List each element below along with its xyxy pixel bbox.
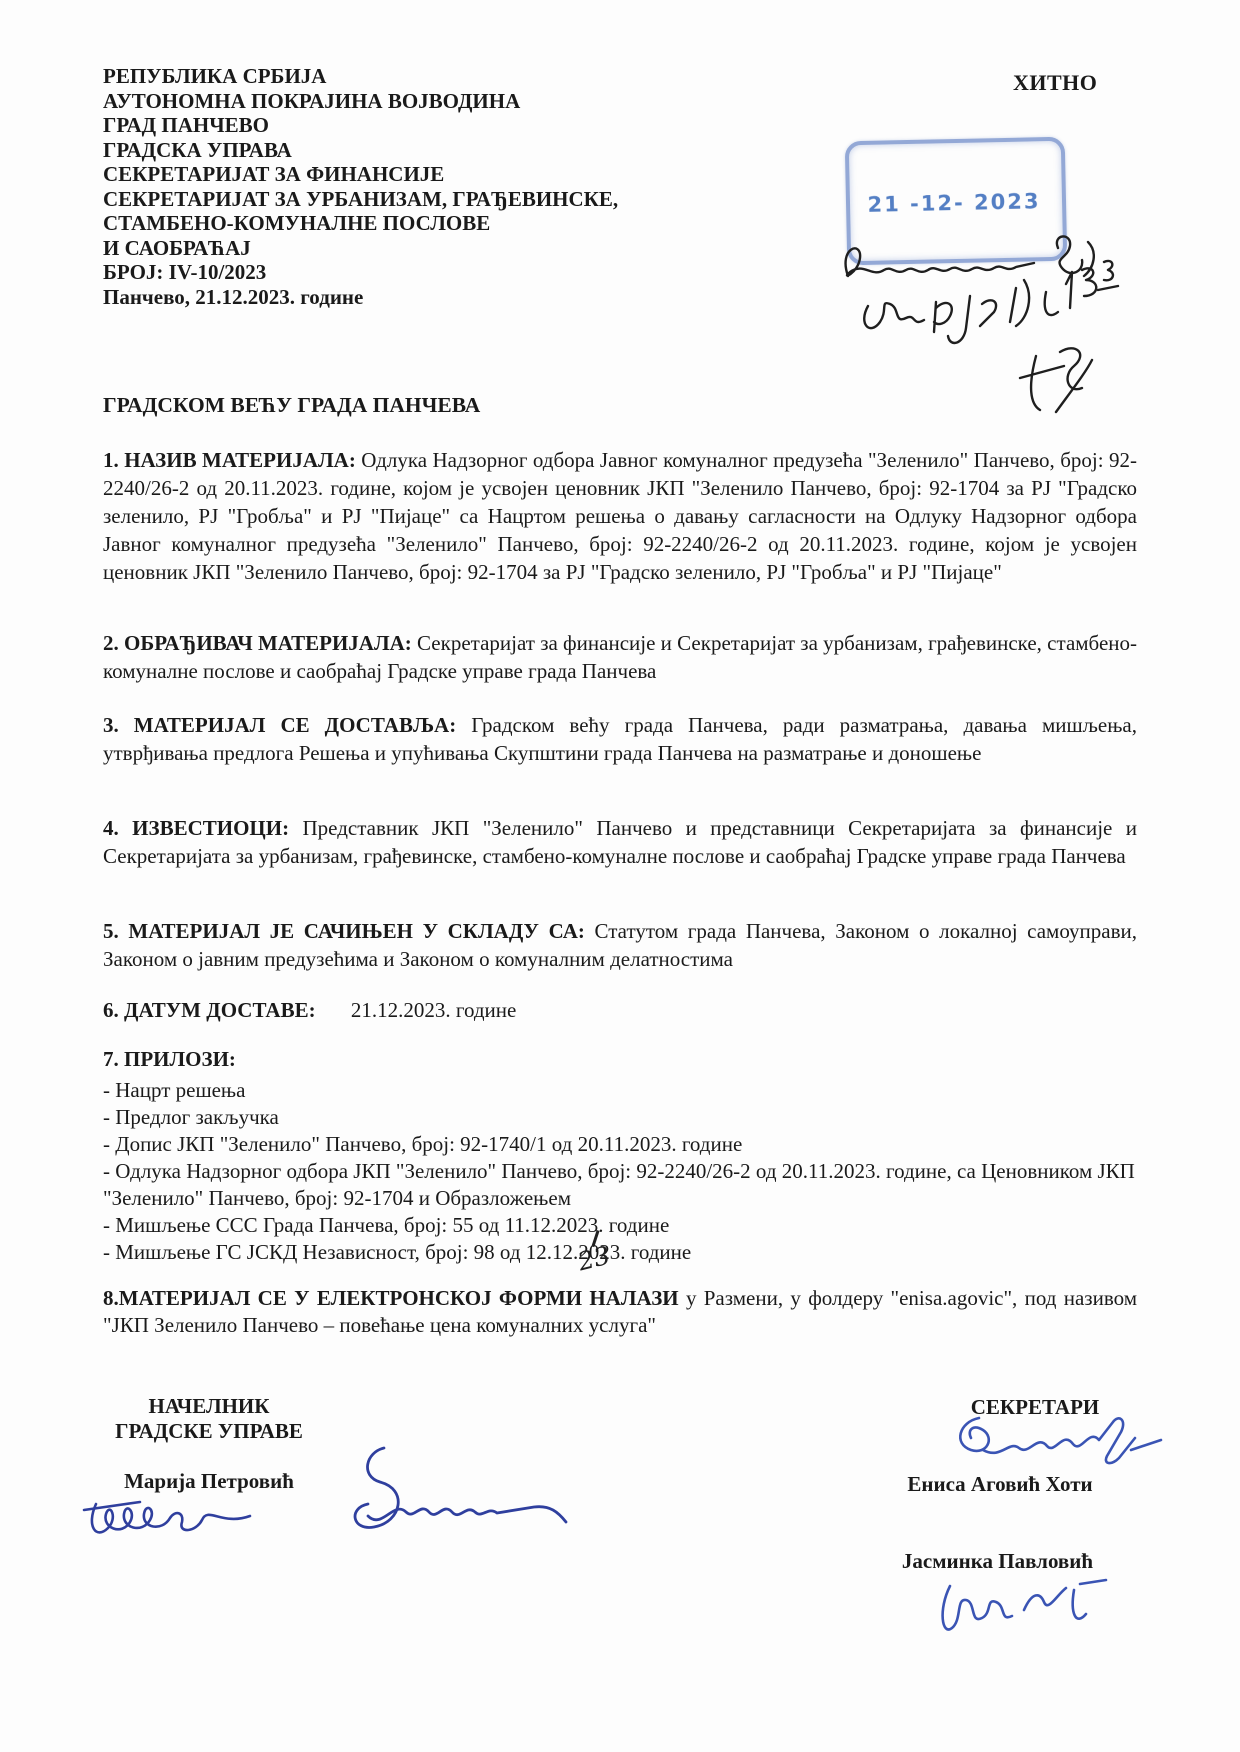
place-and-date: Панчево, 21.12.2023. године <box>103 285 618 310</box>
section-8-label: 8.МАТЕРИЈАЛ СЕ У ЕЛЕКТРОНСКОЈ ФОРМИ НАЛА… <box>103 1286 679 1310</box>
signature-marija-2 <box>288 1444 568 1559</box>
handwriting-strokes <box>820 228 1140 428</box>
document-page: РЕПУБЛИКА СРБИЈА АУТОНОМНА ПОКРАЈИНА ВОЈ… <box>0 0 1240 1752</box>
letterhead-line: АУТОНОМНА ПОКРАЈИНА ВОЈВОДИНА <box>103 89 618 114</box>
attachment-item: - Нацрт решења <box>103 1077 1137 1104</box>
urgent-label: ХИТНО <box>1013 70 1097 96</box>
section-2: 2. ОБРАЂИВАЧ МАТЕРИЈАЛА: Секретаријат за… <box>103 629 1137 685</box>
section-6-label: 6. ДАТУМ ДОСТАВЕ: <box>103 998 316 1022</box>
stamp-date: 21 -12- 2023 <box>858 189 1050 217</box>
letterhead-line: ГРАДСКА УПРАВА <box>103 138 618 163</box>
left-signatory-title-line2: ГРАДСКЕ УПРАВЕ <box>103 1419 315 1444</box>
section-2-label: 2. ОБРАЂИВАЧ МАТЕРИЈАЛА: <box>103 631 412 655</box>
section-7: 7. ПРИЛОЗИ: - Нацрт решења - Предлог зак… <box>103 1045 1137 1266</box>
section-6: 6. ДАТУМ ДОСТАВЕ: 21.12.2023. године <box>103 996 1137 1024</box>
recipient-heading: ГРАДСКОМ ВЕЋУ ГРАДА ПАНЧЕВА <box>103 393 480 418</box>
section-4-label: 4. ИЗВЕСТИОЦИ: <box>103 816 289 840</box>
section-3-label: 3. МАТЕРИЈАЛ СЕ ДОСТАВЉА: <box>103 713 456 737</box>
section-1-label: 1. НАЗИВ МАТЕРИЈАЛА: <box>103 448 356 472</box>
document-number: БРОЈ: IV-10/2023 <box>103 260 618 285</box>
delivery-date: 21.12.2023. године <box>351 998 516 1022</box>
attachment-item: - Одлука Надзорног одбора ЈКП "Зеленило"… <box>103 1158 1137 1212</box>
signature-marija-1 <box>78 1484 258 1551</box>
letterhead-line: СЕКРЕТАРИЈАТ ЗА УРБАНИЗАМ, ГРАЂЕВИНСКЕ, <box>103 187 618 212</box>
section-8: 8.МАТЕРИЈАЛ СЕ У ЕЛЕКТРОНСКОЈ ФОРМИ НАЛА… <box>103 1285 1137 1339</box>
letterhead-line: И САОБРАЋАЈ <box>103 236 618 261</box>
signature-jasminka <box>930 1572 1130 1657</box>
section-5: 5. МАТЕРИЈАЛ ЈЕ САЧИЊЕН У СКЛАДУ СА: Ста… <box>103 917 1137 973</box>
attachment-item: - Предлог закључка <box>103 1104 1137 1131</box>
letterhead-line: СТАМБЕНО-КОМУНАЛНЕ ПОСЛОВЕ <box>103 211 618 236</box>
handwritten-correction: 23 <box>575 1241 613 1277</box>
section-7-label: 7. ПРИЛОЗИ: <box>103 1045 1137 1073</box>
letterhead: РЕПУБЛИКА СРБИЈА АУТОНОМНА ПОКРАЈИНА ВОЈ… <box>103 64 618 309</box>
letterhead-line: СЕКРЕТАРИЈАТ ЗА ФИНАНСИЈЕ <box>103 162 618 187</box>
section-5-label: 5. МАТЕРИЈАЛ ЈЕ САЧИЊЕН У СКЛАДУ СА: <box>103 919 585 943</box>
letterhead-line: ГРАД ПАНЧЕВО <box>103 113 618 138</box>
left-signatory-title-line1: НАЧЕЛНИК <box>103 1394 315 1419</box>
section-1: 1. НАЗИВ МАТЕРИЈАЛА: Одлука Надзорног од… <box>103 446 1137 586</box>
attachment-item: - Допис ЈКП "Зеленило" Панчево, број: 92… <box>103 1131 1137 1158</box>
section-3: 3. МАТЕРИЈАЛ СЕ ДОСТАВЉА: Градском већу … <box>103 711 1137 767</box>
signature-enisa <box>945 1402 1195 1487</box>
letterhead-line: РЕПУБЛИКА СРБИЈА <box>103 64 618 89</box>
attachments-list: - Нацрт решења - Предлог закључка - Допи… <box>103 1077 1137 1266</box>
left-signatory-title: НАЧЕЛНИК ГРАДСКЕ УПРАВЕ <box>103 1394 315 1444</box>
right-signatory-name-2: Јасминка Павловић <box>865 1549 1130 1574</box>
handwritten-note: Достављено за седницу ГВ у 15³⁰ <box>820 228 1140 428</box>
attachment-item: - Мишљење ССС Града Панчева, број: 55 од… <box>103 1212 1137 1239</box>
attachment-item: - Мишљење ГС ЈСКД Независност, број: 98 … <box>103 1239 1137 1266</box>
section-4: 4. ИЗВЕСТИОЦИ: Представник ЈКП "Зеленило… <box>103 814 1137 870</box>
